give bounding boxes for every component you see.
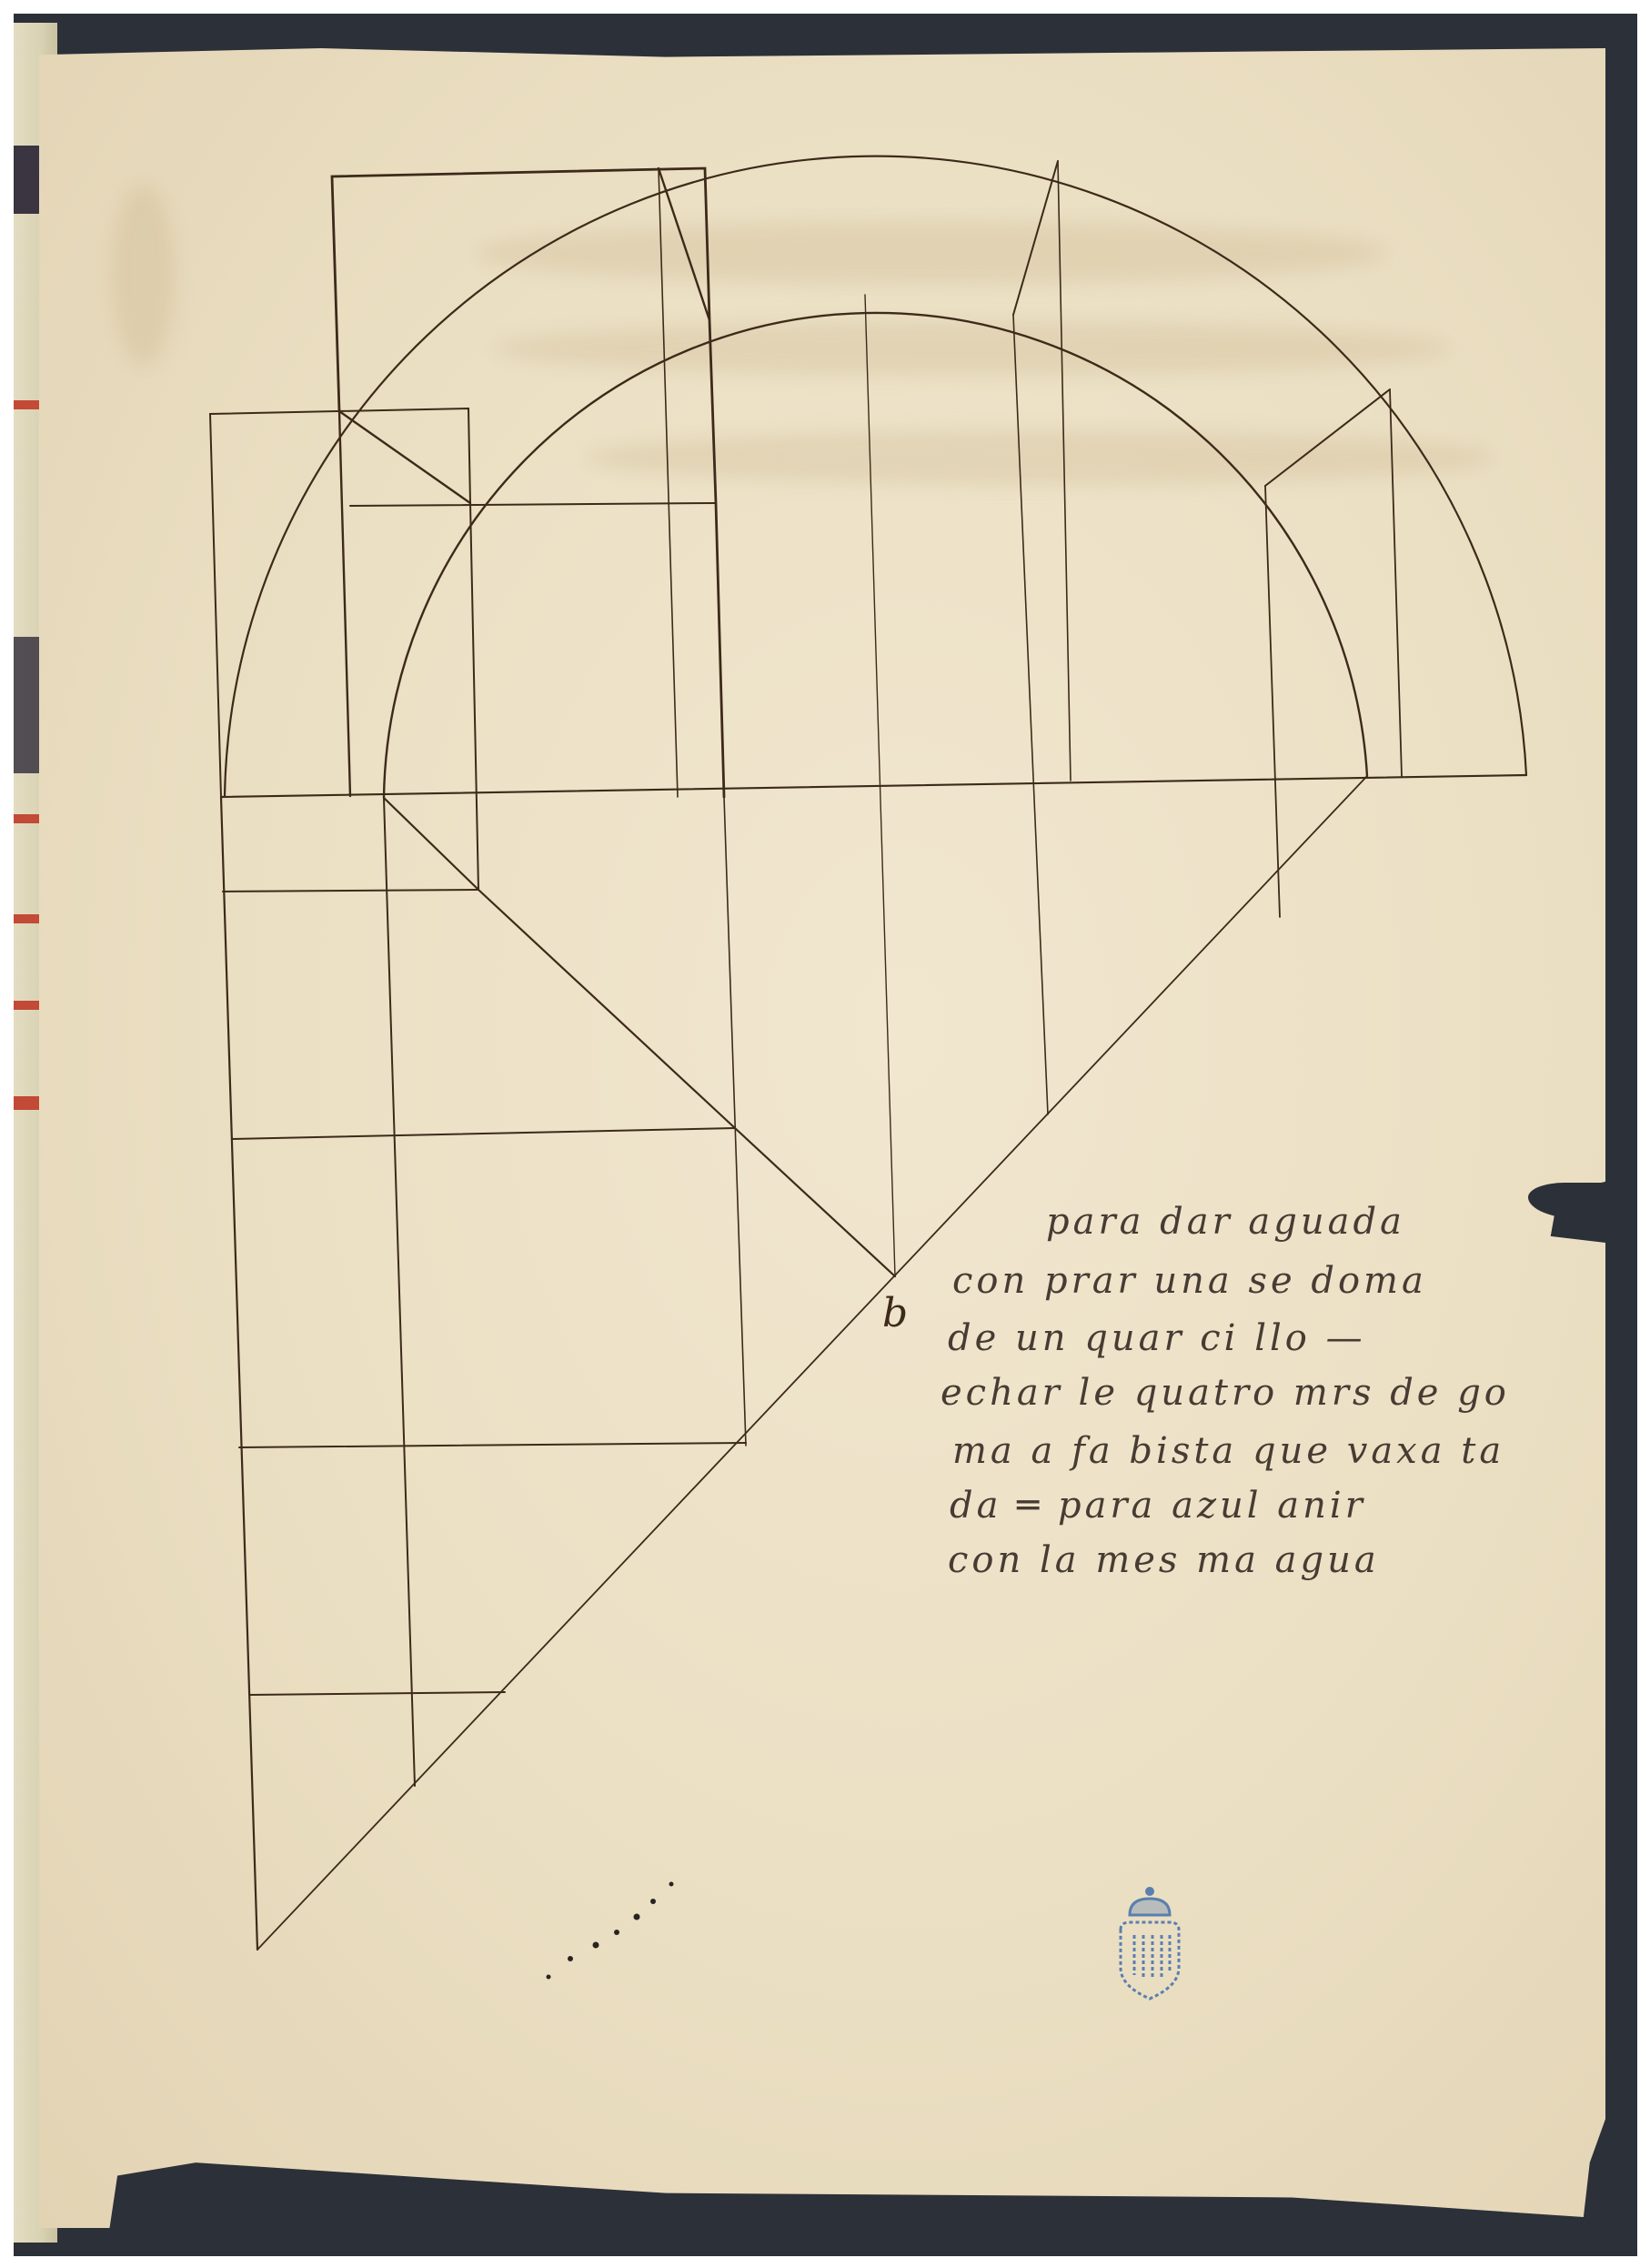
vertical — [470, 503, 478, 890]
voussoir-joint — [1013, 161, 1058, 315]
vertical — [1013, 315, 1048, 1114]
manuscript-scan: b para dar aguada con prar una se doma d… — [0, 0, 1650, 2268]
left-diagonal-to-apex — [384, 798, 895, 1276]
long-diagonal — [257, 776, 1367, 1950]
horizontal — [239, 1443, 746, 1447]
annotation-line: ma a fa bista que vaxa ta — [952, 1430, 1504, 1472]
point-label-b: b — [882, 1290, 908, 1336]
horizontal — [223, 890, 478, 892]
voussoir-joint — [339, 411, 470, 503]
voussoir-joint — [1265, 389, 1390, 486]
vertical — [1058, 161, 1071, 781]
ink-specks — [547, 1882, 674, 1980]
crowned-shield-stamp-icon — [1112, 1879, 1188, 2001]
upper-rectangle — [332, 168, 724, 797]
left-long-vertical — [221, 797, 257, 1950]
annotation-line: echar le quatro mrs de go — [941, 1372, 1510, 1414]
voussoir-joint — [659, 168, 709, 320]
annotation-line: da ═ para azul anir — [950, 1485, 1366, 1527]
annotation-line: para dar aguada — [1046, 1201, 1405, 1243]
rect-inner-vertical — [659, 168, 678, 797]
vertical — [1265, 486, 1280, 917]
annotation-line: de un quar ci llo — — [948, 1317, 1366, 1359]
inner-long-vertical — [384, 798, 415, 1786]
annotation-line: con prar una se doma — [952, 1260, 1427, 1302]
inner-arc — [384, 313, 1367, 798]
horizontal-553 — [350, 503, 716, 506]
annotation-line: con la mes ma agua — [948, 1539, 1380, 1581]
arch-construction-diagram — [0, 0, 1650, 2268]
horizontal — [249, 1692, 505, 1695]
left-rect-vertical — [339, 411, 350, 796]
horizontal — [232, 1128, 735, 1139]
springing-line — [221, 775, 1526, 797]
vertical — [1390, 389, 1402, 776]
outer-arc — [225, 156, 1526, 796]
